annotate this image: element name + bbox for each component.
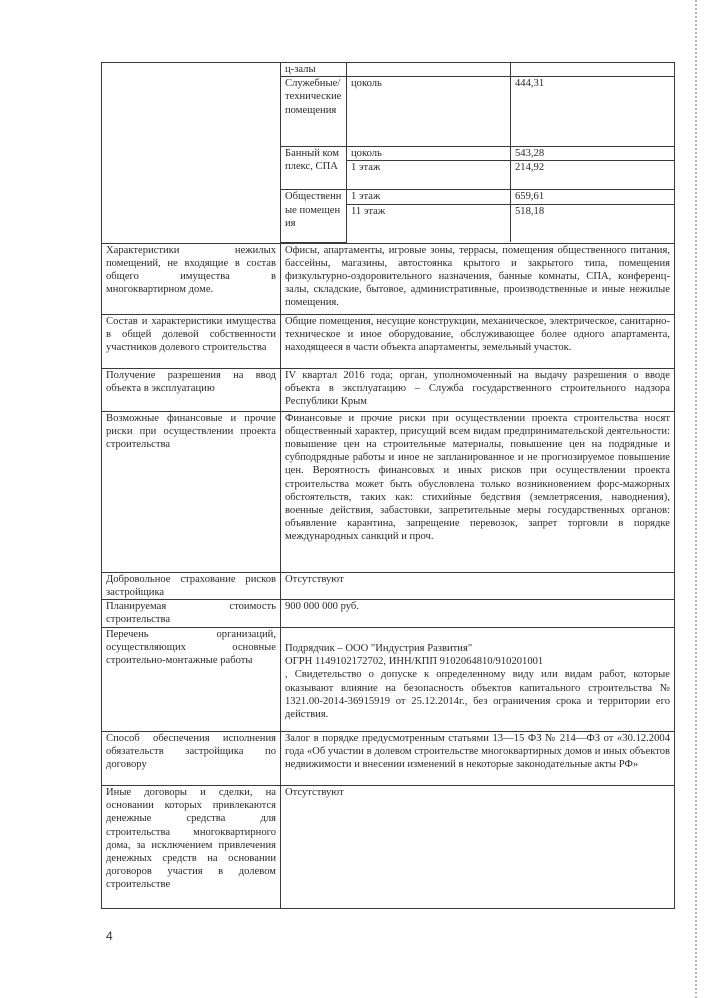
row-label: Характеристики нежилых помещений, не вхо… xyxy=(102,243,281,314)
table-row-commissioning-permit: Получение разрешения на ввод объекта в э… xyxy=(102,368,675,411)
table-row-voluntary-insurance: Добровольное страхование рисков застройщ… xyxy=(102,572,675,599)
premises-area: 214,92 xyxy=(511,161,675,190)
premises-area xyxy=(511,63,675,77)
empty-label-cell xyxy=(102,63,281,244)
table-row-planned-cost: Планируемая стоимость строительства 900 … xyxy=(102,600,675,628)
premises-floor: цоколь xyxy=(347,147,511,161)
premises-row: Служебные/технические помещения цоколь 4… xyxy=(281,77,674,147)
contractor-registration: ОГРН 1149102172702, ИНН/КПП 9102064810/9… xyxy=(285,655,670,668)
row-label: Способ обеспечения исполнения обязательс… xyxy=(102,732,281,786)
premises-row: Общественные помещения 1 этаж 659,61 xyxy=(281,190,674,204)
page-number: 4 xyxy=(106,929,113,943)
project-declaration-table: ц-залы Служебные/технические помещения ц… xyxy=(101,62,675,909)
row-value: Общие помещения, несущие конструкции, ме… xyxy=(281,314,675,368)
premises-floor: 1 этаж xyxy=(347,190,511,204)
row-value: Отсутствуют xyxy=(281,572,675,599)
premises-breakdown-cell: ц-залы Служебные/технические помещения ц… xyxy=(281,63,675,244)
premises-floor: 1 этаж xyxy=(347,161,511,190)
premises-name: Служебные/технические помещения xyxy=(281,77,347,147)
row-value: Офисы, апартаменты, игровые зоны, террас… xyxy=(281,243,675,314)
table-row-contractors: Перечень организаций, осуществляющих осн… xyxy=(102,628,675,732)
row-value: 900 000 000 руб. xyxy=(281,600,675,628)
premises-name: ц-залы xyxy=(281,63,347,77)
row-value: IV квартал 2016 года; орган, уполномочен… xyxy=(281,368,675,411)
premises-floor: цоколь xyxy=(347,77,511,147)
row-label: Перечень организаций, осуществляющих осн… xyxy=(102,628,281,732)
row-label: Состав и характеристики имущества в обще… xyxy=(102,314,281,368)
binding-edge-marks xyxy=(695,0,697,998)
premises-area: 518,18 xyxy=(511,204,675,242)
row-value: Отсутствуют xyxy=(281,786,675,909)
premises-area: 444,31 xyxy=(511,77,675,147)
table-row-common-property: Состав и характеристики имущества в обще… xyxy=(102,314,675,368)
row-label: Планируемая стоимость строительства xyxy=(102,600,281,628)
row-value: Подрядчик – ООО "Индустрия Развития" ОГР… xyxy=(281,628,675,732)
row-value: Залог в порядке предусмотренным статьями… xyxy=(281,732,675,786)
premises-area: 659,61 xyxy=(511,190,675,204)
premises-row: Банный комплекс, СПА цоколь 543,28 xyxy=(281,147,674,161)
contractor-certificate: , Свидетельство о допуске к определенном… xyxy=(285,668,670,721)
row-label: Возможные финансовые и прочие риски при … xyxy=(102,411,281,572)
premises-floor xyxy=(347,63,511,77)
premises-name: Банный комплекс, СПА xyxy=(281,147,347,190)
table-row-nonresidential-premises: Характеристики нежилых помещений, не вхо… xyxy=(102,243,675,314)
scanned-document-page: ц-залы Служебные/технические помещения ц… xyxy=(0,0,708,998)
premises-floor: 11 этаж xyxy=(347,204,511,242)
row-label: Получение разрешения на ввод объекта в э… xyxy=(102,368,281,411)
contractor-name: Подрядчик – ООО "Индустрия Развития" xyxy=(285,642,670,655)
premises-row: ц-залы xyxy=(281,63,674,77)
row-label: Иные договоры и сделки, на основании кот… xyxy=(102,786,281,909)
premises-area: 543,28 xyxy=(511,147,675,161)
premises-breakdown-table: ц-залы Служебные/технические помещения ц… xyxy=(281,63,674,243)
row-label: Добровольное страхование рисков застройщ… xyxy=(102,572,281,599)
table-row-premises-breakdown: ц-залы Служебные/технические помещения ц… xyxy=(102,63,675,244)
row-value: Финансовые и прочие риски при осуществле… xyxy=(281,411,675,572)
table-row-obligation-security: Способ обеспечения исполнения обязательс… xyxy=(102,732,675,786)
premises-name: Общественные помещения xyxy=(281,190,347,242)
table-row-other-contracts: Иные договоры и сделки, на основании кот… xyxy=(102,786,675,909)
table-row-financial-risks: Возможные финансовые и прочие риски при … xyxy=(102,411,675,572)
